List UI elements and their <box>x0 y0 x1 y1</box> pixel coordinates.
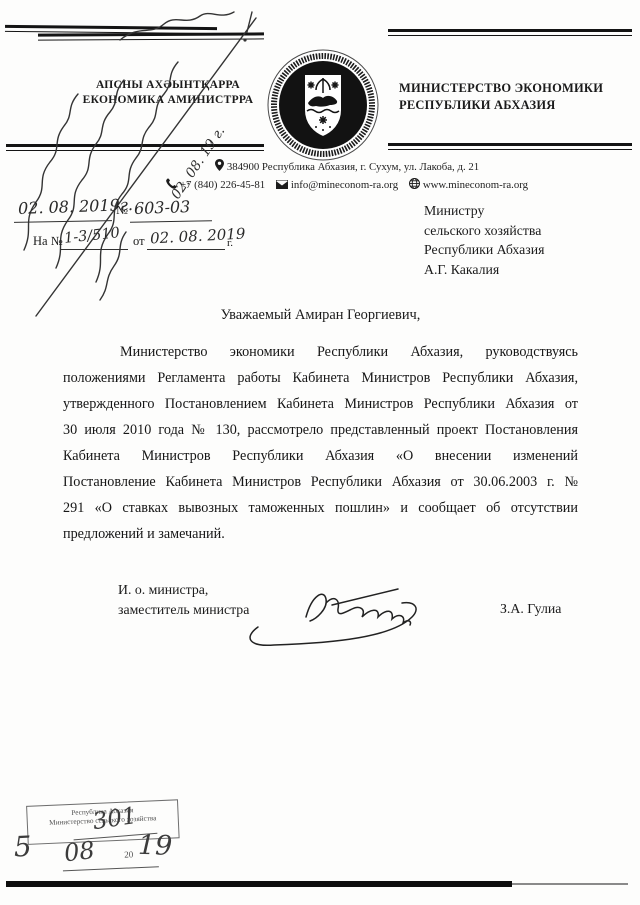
signer-name: З.А. Гулиа <box>500 601 561 617</box>
scanned-letter-page: АПСНЫ АХӘЫНТҚАРРА ЕКОНОМИКА АМИНИСТРРА М… <box>0 0 640 905</box>
letterhead-rule-bottom-right <box>388 143 632 150</box>
number-sign-label: № <box>116 203 128 218</box>
reply-number-underline <box>60 249 128 250</box>
body-line: Министерство экономики Республики Абхази… <box>63 344 578 361</box>
body-line: 30 июля 2010 года № 130, рассмотрело пре… <box>63 422 578 439</box>
ministry-title-russian: МИНИСТЕРСТВО ЭКОНОМИКИ РЕСПУБЛИКИ АБХАЗИ… <box>399 80 629 113</box>
ministry-title-russian-line1: МИНИСТЕРСТВО ЭКОНОМИКИ <box>399 80 629 97</box>
stamp-year-handwritten: 19 <box>138 830 173 862</box>
stamp-day-handwritten: 5 <box>13 830 32 864</box>
reply-from-label: от <box>133 234 145 249</box>
body-line: положениями Регламента работы Кабинета М… <box>63 370 578 387</box>
recipient-line: А.Г. Какалия <box>424 260 624 280</box>
email-text: info@mineconom-ra.org <box>291 179 398 191</box>
stamp-year-prefix: 20 <box>124 849 133 859</box>
recipient-line: сельского хозяйства <box>424 221 624 241</box>
reply-prefix-label: На № <box>33 234 63 249</box>
body-line: Постановление Кабинета Министров Республ… <box>63 474 578 491</box>
resolution-top-scribble <box>120 12 234 40</box>
phone-text: +7 (840) 226-45-81 <box>180 179 265 191</box>
ministry-title-russian-line2: РЕСПУБЛИКИ АБХАЗИЯ <box>399 97 629 114</box>
body-line: утвержденного Постановлением Кабинета Ми… <box>63 396 578 413</box>
website-text: www.mineconom-ra.org <box>423 179 528 191</box>
signature-autograph <box>240 575 420 647</box>
phone-icon <box>166 178 177 189</box>
body-line: Кабинета Министров Республики Абхазия «О… <box>63 448 578 465</box>
stamp-month-handwritten: 08 <box>63 836 97 867</box>
recipient-line: Республики Абхазия <box>424 240 624 260</box>
letterhead-rule-top-right <box>388 29 632 36</box>
reply-date-underline <box>147 249 225 250</box>
scan-edge-thin-line <box>512 883 628 885</box>
location-pin-icon <box>215 159 224 171</box>
stamp-date-underline <box>63 866 159 871</box>
scan-edge-bar <box>6 881 512 887</box>
recipient-block: Министру сельского хозяйства Республики … <box>424 201 624 279</box>
address-text: 384900 Республика Абхазия, г. Сухум, ул.… <box>227 161 479 173</box>
letterhead-contacts: 384900 Республика Абхазия, г. Сухум, ул.… <box>118 159 568 194</box>
outgoing-number-handwritten: 603-03 <box>134 197 191 218</box>
body-line: предложений и замечаний. <box>63 526 578 543</box>
recipient-line: Министру <box>424 201 624 221</box>
resolution-exclamation-icon <box>247 12 252 32</box>
email-envelope-icon <box>276 180 288 189</box>
salutation: Уважаемый Амиран Георгиевич, <box>63 307 578 324</box>
reply-suffix-label: г. <box>227 237 233 249</box>
globe-icon <box>409 178 420 189</box>
body-line: 291 «О ставках вывозных таможенных пошли… <box>63 500 578 517</box>
